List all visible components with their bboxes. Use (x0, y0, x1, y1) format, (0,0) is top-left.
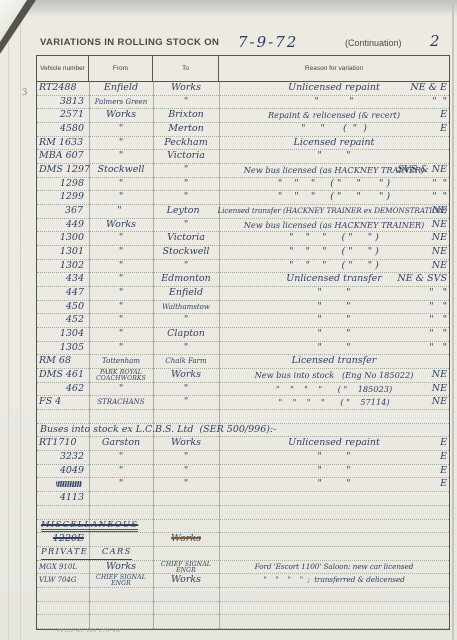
to-cell: Chalk Farm (153, 355, 219, 368)
reason-cell: Licensed transfer (HACKNEY TRAINER ex DE… (215, 205, 449, 218)
to-cell: " (153, 164, 219, 177)
from-cell: " (89, 478, 153, 491)
from-cell: CHIEF SIGNAL ENGR (89, 574, 153, 587)
reason-cell: " "" " (219, 96, 449, 109)
table-row: MBA 607"Victoria" " (37, 150, 449, 164)
table-row (37, 410, 449, 424)
from-cell: " (89, 342, 153, 355)
to-cell: Merton (153, 123, 219, 136)
table-row: RT2488EnfieldWorksUnlicensed repaintNE &… (37, 82, 449, 96)
variation-code: SVS & NE (397, 164, 447, 175)
table-row: 449Works"New bus licensed (as HACKNEY TR… (37, 219, 449, 233)
reason-cell: " " (219, 150, 449, 163)
note-text: Buses into stock ex L.C.B.S. Ltd (SER 50… (37, 424, 276, 437)
header-from: From (89, 56, 153, 81)
vehicle-cell: 1220E (37, 533, 89, 546)
vehicle-cell: 1301 (37, 246, 89, 259)
table-row: 3232""" "E (37, 451, 449, 465)
table-row (37, 602, 449, 616)
variation-code: E (440, 451, 447, 462)
from-cell: " (89, 273, 153, 286)
table-row (37, 588, 449, 602)
from-cell: " (89, 137, 153, 150)
to-cell: " (153, 451, 219, 464)
from-cell: Tottenham (89, 355, 153, 368)
reason-cell: New bus licensed (as HACKNEY TRAINER)SVS… (219, 164, 449, 177)
page-title: VARIATIONS IN ROLLING STOCK ON (40, 37, 219, 48)
variation-code: " " (429, 314, 447, 325)
to-cell: Victoria (153, 232, 219, 245)
page-top-shadow (0, 0, 457, 16)
table-body: RT2488EnfieldWorksUnlicensed repaintNE &… (37, 82, 449, 629)
variation-code: E (440, 465, 447, 476)
vehicle-cell: DMS 461 (37, 369, 89, 382)
table-row: 4113 (37, 492, 449, 506)
to-cell: " (153, 465, 219, 478)
from-cell: Works (89, 219, 153, 232)
from-cell: Stockwell (89, 164, 153, 177)
from-cell: STRACHANS (89, 396, 153, 409)
vehicle-cell: 367 (37, 205, 88, 218)
section-heading: MISCELLANEOUS (41, 520, 138, 533)
to-cell: " (153, 396, 219, 409)
reason-cell: " "" " (219, 287, 449, 300)
reason-cell: Unlicensed transferNE & SVS (219, 273, 449, 286)
vehicle-cell: DMS 1297 (37, 164, 89, 177)
table-row: VLW 704GCHIEF SIGNAL ENGRWorks" " " " ; … (37, 574, 449, 588)
table-row: 1302""" " " ( " " )NE (37, 260, 449, 274)
to-cell: Leyton (151, 205, 216, 218)
margin-rule (20, 0, 21, 640)
to-cell: Works (153, 369, 219, 382)
vehicle-cell: 1298 (37, 178, 89, 191)
variation-code: " " (429, 301, 447, 312)
margin-annotation: 3 (21, 88, 29, 99)
table-row: PRIVATE CARS (37, 547, 449, 561)
table-row: RM 1633"PeckhamLicensed repaint (37, 137, 449, 151)
variation-code: NE (432, 260, 447, 271)
to-cell: Edmonton (153, 273, 219, 286)
vehicle-cell: FS 4 (37, 396, 89, 409)
page-right-edge (452, 0, 454, 640)
to-cell: Victoria (153, 150, 219, 163)
variation-code: NE (432, 396, 447, 407)
variation-code: NE (432, 369, 447, 380)
header-reason: Reason for variation (219, 56, 449, 81)
from-cell: " (89, 328, 153, 341)
table-row: 1305""" "" " (37, 342, 449, 356)
vehicle-cell: 3813 (37, 96, 89, 109)
page-number: 2 (430, 32, 440, 50)
vehicle-cell: 4049 (37, 465, 89, 478)
to-cell: Works (153, 574, 219, 587)
from-cell: Garston (89, 437, 153, 450)
table-row: 434"EdmontonUnlicensed transferNE & SVS (37, 273, 449, 287)
vehicle-cell: RM 1633 (37, 137, 89, 150)
reason-cell (219, 533, 449, 546)
reason-cell: " " " " ( " 57114)NE (219, 396, 449, 409)
variation-code: E (440, 478, 447, 489)
table-row: Buses into stock ex L.C.B.S. Ltd (SER 50… (37, 424, 449, 438)
from-cell: Works (89, 109, 153, 122)
table-row: DMS 461PARK ROYAL COACHWORKSWorksNew bus… (37, 369, 449, 383)
vehicle-cell: RT2488 (37, 82, 89, 95)
table-row: 1299""" " " ( " " " )" " (37, 191, 449, 205)
table-row: 447"Enfield" "" " (37, 287, 449, 301)
table-row: 4049""" "E (37, 465, 449, 479)
reason-cell: Ford 'Escort 1100' Saloon: new car licen… (219, 561, 449, 574)
vehicle-cell: 4580 (37, 123, 89, 136)
reason-cell: " " " ( " " " )" " (219, 178, 449, 191)
vehicle-cell: 447 (37, 287, 89, 300)
table-row: 462""" " " " ( " 185023)NE (37, 383, 449, 397)
variation-code: NE (432, 383, 447, 394)
vehicle-cell: RM 68 (37, 355, 89, 368)
scanned-page: 3 VARIATIONS IN ROLLING STOCK ON 7-9-72 … (0, 0, 457, 640)
vehicle-cell: RT1710 (37, 437, 89, 450)
vehicle-cell (37, 478, 89, 491)
variation-code: NE (432, 246, 447, 257)
table-row (37, 615, 449, 629)
reason-cell: Unlicensed repaintE (219, 437, 449, 450)
from-cell: " (89, 178, 153, 191)
table-row: 1298""" " " ( " " " )" " (37, 178, 449, 192)
from-cell (89, 533, 153, 546)
to-cell (153, 492, 219, 505)
handwritten-date: 7-9-72 (238, 33, 298, 51)
reason-cell: Repaint & relicensed (& recert)E (219, 109, 449, 122)
form-print-code: 48112 ML 294 4TR 5M (57, 629, 121, 634)
to-cell: " (153, 96, 219, 109)
vehicle-cell: MGX 910L (37, 561, 89, 574)
variation-code: " " (429, 287, 447, 298)
reason-cell: Unlicensed repaintNE & E (219, 82, 449, 95)
from-cell: " (89, 314, 153, 327)
to-cell: " (153, 478, 219, 491)
vehicle-cell: 462 (37, 383, 89, 396)
from-cell: " (89, 465, 153, 478)
variation-code: NE (432, 232, 447, 243)
to-cell: " (153, 260, 219, 273)
vehicle-cell: 450 (37, 301, 89, 314)
table-row: 450"Walthamstow" "" " (37, 301, 449, 315)
vehicle-cell: 1300 (37, 232, 89, 245)
table-row: DMS 1297Stockwell"New bus licensed (as H… (37, 164, 449, 178)
from-cell: Works (89, 561, 153, 574)
vehicle-cell: 434 (37, 273, 89, 286)
reason-cell: " " " ( " " )NE (219, 260, 449, 273)
to-cell: Walthamstow (153, 301, 219, 314)
variation-code: NE & E (410, 82, 447, 93)
vehicle-cell: VLW 704G (37, 574, 89, 587)
to-cell: Clapton (153, 328, 219, 341)
header-to: To (153, 56, 219, 81)
table-row: 1304"Clapton" "" " (37, 328, 449, 342)
reason-cell: " "E (219, 465, 449, 478)
vehicle-cell: 449 (37, 219, 89, 232)
from-cell: " (89, 451, 153, 464)
variation-code: " " (432, 191, 447, 202)
reason-cell: " " " " ( " 185023)NE (219, 383, 449, 396)
from-cell: " (89, 123, 153, 136)
reason-cell: " " ( " )E (219, 123, 449, 136)
table-row: RT1710GarstonWorksUnlicensed repaintE (37, 437, 449, 451)
variation-code: NE & SVS (397, 273, 447, 284)
from-cell: " (89, 301, 153, 314)
margin-rule (8, 0, 9, 640)
vehicle-cell: 1299 (37, 191, 89, 204)
rolling-stock-table: Vehicle number From To Reason for variat… (36, 55, 450, 630)
variation-code: E (440, 109, 447, 120)
variation-code: E (440, 123, 447, 134)
reason-cell: " " " ( " " " )" " (219, 191, 449, 204)
to-cell: " (153, 314, 219, 327)
from-cell (89, 492, 153, 505)
reason-cell: New bus licensed (as HACKNEY TRAINER)NE (219, 219, 449, 232)
table-row: 367"LeytonLicensed transfer (HACKNEY TRA… (37, 205, 449, 219)
to-cell: Works (153, 437, 219, 450)
vehicle-cell: 1302 (37, 260, 89, 273)
reason-cell: " " " ( " " )NE (219, 232, 449, 245)
table-header-row: Vehicle number From To Reason for variat… (37, 56, 449, 82)
to-cell: Peckham (153, 137, 219, 150)
reason-cell: " "E (219, 478, 449, 491)
title-bar: VARIATIONS IN ROLLING STOCK ON 7-9-72 (C… (38, 33, 450, 53)
to-cell: Stockwell (153, 246, 219, 259)
variation-code: " " (429, 328, 447, 339)
reason-cell: " "" " (219, 342, 449, 355)
to-cell: " (153, 191, 219, 204)
continuation-label: (Continuation) (345, 38, 402, 48)
table-row: MGX 910LWorksCHIEF SIGNAL ENGRFord 'Esco… (37, 561, 449, 575)
variation-code: E (440, 437, 447, 448)
to-cell: " (153, 219, 219, 232)
table-row: RM 68TottenhamChalk FarmLicensed transfe… (37, 355, 449, 369)
table-row: 2571WorksBrixtonRepaint & relicensed (& … (37, 109, 449, 123)
from-cell: Palmers Green (89, 96, 153, 109)
to-cell: " (153, 342, 219, 355)
from-cell: Enfield (89, 82, 153, 95)
table-row: FS 4STRACHANS"" " " " ( " 57114)NE (37, 396, 449, 410)
table-row: 452""" "" " (37, 314, 449, 328)
from-cell: " (88, 205, 151, 218)
to-cell: CHIEF SIGNAL ENGR (153, 561, 219, 574)
to-cell: Enfield (153, 287, 219, 300)
table-row: 1220EWorks (37, 533, 449, 547)
section-heading: PRIVATE CARS (41, 547, 132, 560)
table-row (37, 506, 449, 520)
reason-cell: " "" " (219, 301, 449, 314)
to-cell: " (153, 178, 219, 191)
reason-cell: " "" " (219, 314, 449, 327)
from-cell: " (89, 287, 153, 300)
variation-code: NE (432, 219, 447, 230)
variation-code: " " (432, 178, 447, 189)
to-cell: Brixton (153, 109, 219, 122)
reason-cell: Licensed repaint (219, 137, 449, 150)
table-row: 3813Palmers Green"" "" " (37, 96, 449, 110)
vehicle-cell: 3232 (37, 451, 89, 464)
reason-cell: " " " ( " " )NE (219, 246, 449, 259)
variation-code: " " (432, 96, 447, 107)
from-cell: " (89, 232, 153, 245)
reason-cell (219, 492, 449, 505)
from-cell: PARK ROYAL COACHWORKS (89, 369, 153, 382)
from-cell: " (89, 246, 153, 259)
table-row: 1301"Stockwell" " " ( " " )NE (37, 246, 449, 260)
from-cell: " (89, 260, 153, 273)
reason-cell: " "" " (219, 328, 449, 341)
to-cell: " (153, 383, 219, 396)
variation-code: NE (432, 205, 447, 216)
vehicle-cell: 1305 (37, 342, 89, 355)
table-row: MISCELLANEOUS (37, 520, 449, 534)
vehicle-cell: MBA 607 (37, 150, 89, 163)
vehicle-cell: 4113 (37, 492, 89, 505)
header-vehicle-number: Vehicle number (37, 56, 89, 81)
reason-cell: New bus into stock (Eng No 185022)NE (219, 369, 449, 382)
from-cell: " (89, 191, 153, 204)
table-row: 4580"Merton" " ( " )E (37, 123, 449, 137)
table-row: """ "E (37, 478, 449, 492)
scribbled-out-entry (56, 481, 82, 487)
from-cell: " (89, 150, 153, 163)
vehicle-cell: 452 (37, 314, 89, 327)
vehicle-cell: 2571 (37, 109, 89, 122)
table-row: 1300"Victoria" " " ( " " )NE (37, 232, 449, 246)
to-cell: Works (153, 82, 219, 95)
to-cell: Works (153, 533, 219, 546)
reason-cell: " "E (219, 451, 449, 464)
reason-cell: " " " " ; transferred & delicensed (219, 574, 449, 587)
vehicle-cell: 1304 (37, 328, 89, 341)
variation-code: " " (429, 342, 447, 353)
from-cell: " (89, 383, 153, 396)
reason-cell: Licensed transfer (219, 355, 449, 368)
